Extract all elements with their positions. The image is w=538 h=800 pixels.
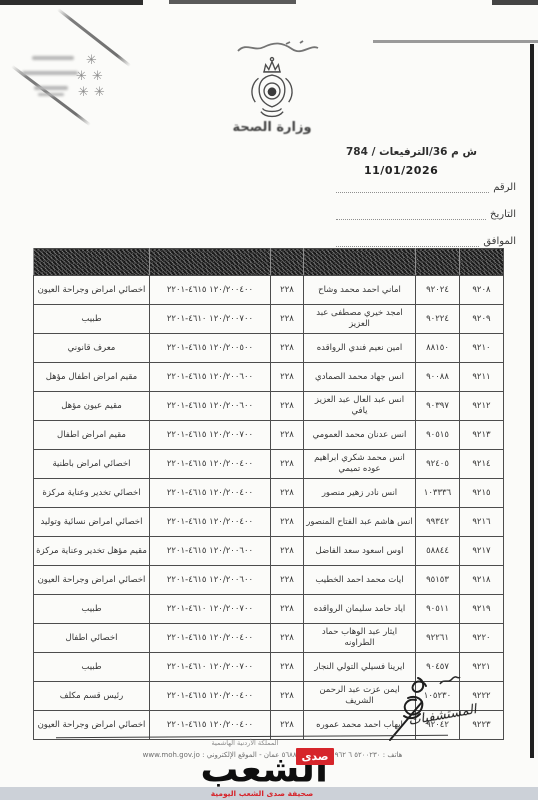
star-icon: ✳ xyxy=(92,70,103,83)
scan-artifact-top-left xyxy=(0,0,143,5)
header-allowance-illegible xyxy=(271,249,304,276)
table-row: ٩٢١٦٩٩٣٤٢انس هاشم عبد الفتاح المنصور٢٢٨١… xyxy=(34,508,504,537)
cell-title: اخصائي امراض وجراحة العيون xyxy=(34,276,150,305)
cell-grade: ١٢٠/٢٠٠٤٠٠ ٤٦١٥-٢٢٠١ xyxy=(150,479,271,508)
field-date-label: التاريخ xyxy=(490,209,516,220)
cell-allowance: ٢٢٨ xyxy=(271,537,304,566)
table-row: ٩٢٠٨٩٢٠٢٤اماني احمد محمد وشاح٢٢٨١٢٠/٢٠٠٤… xyxy=(34,276,504,305)
cell-allowance: ٢٢٨ xyxy=(271,305,304,334)
cell-allowance: ٢٢٨ xyxy=(271,595,304,624)
cell-grade: ١٢٠/٢٠٠٧٠٠ ٤٦١٠-٢٢٠١ xyxy=(150,305,271,334)
cell-grade: ١٢٠/٢٠٠٤٠٠ ٤٦١٥-٢٢٠١ xyxy=(150,450,271,479)
illegible-stamp-text xyxy=(34,86,68,90)
table-row: ٩٢٢٠٩٢٢٦١ايثار عبد الوهاب حماد الطراونه٢… xyxy=(34,624,504,653)
cell-grade: ١٢٠/٢٠٠٧٠٠ ٤٦١٠-٢٢٠١ xyxy=(150,595,271,624)
cell-grade: ١٢٠/٢٠٠٤٠٠ ٤٦١٥-٢٢٠١ xyxy=(150,508,271,537)
table-header-row xyxy=(34,249,504,276)
header-grade-illegible xyxy=(150,249,271,276)
cell-allowance: ٢٢٨ xyxy=(271,508,304,537)
cell-allowance: ٢٢٨ xyxy=(271,450,304,479)
cell-serial: ٩٢٢٠ xyxy=(460,624,504,653)
cell-allowance: ٢٢٨ xyxy=(271,334,304,363)
cell-name: انس نادر زهير منصور xyxy=(304,479,416,508)
illegible-stamp-text xyxy=(38,93,64,96)
table-row: ٩٢١١٩٠٠٨٨انس جهاد محمد الصمادي٢٢٨١٢٠/٢٠٠… xyxy=(34,363,504,392)
cell-grade: ١٢٠/٢٠٠٦٠٠ ٤٦١٥-٢٢٠١ xyxy=(150,537,271,566)
field-number-label: الرقم xyxy=(493,182,516,193)
cell-grade: ١٢٠/٢٠٠٤٠٠ ٤٦١٥-٢٢٠١ xyxy=(150,276,271,305)
cell-emp-no: ٨٨١٥٠ xyxy=(416,334,460,363)
table-row: ٩٢١٨٩٥١٥٣ايات محمد احمد الخطيب٢٢٨١٢٠/٢٠٠… xyxy=(34,566,504,595)
cell-emp-no: ٩٢٤٠٥ xyxy=(416,450,460,479)
cell-title: اخصائي امراض باطنية xyxy=(34,450,150,479)
table-row: ٩٢١٢٩٠٣٩٧انس عبد العال عبد العزيز يافي٢٢… xyxy=(34,392,504,421)
cell-serial: ٩٢١٧ xyxy=(460,537,504,566)
cell-name: ايثار عبد الوهاب حماد الطراونه xyxy=(304,624,416,653)
cell-allowance: ٢٢٨ xyxy=(271,566,304,595)
cell-title: مقيم امراض اطفال مؤهل xyxy=(34,363,150,392)
cell-title: اخصائي امراض وجراحة العيون xyxy=(34,711,150,740)
cell-grade: ١٢٠/٢٠٠٤٠٠ ٤٦١٥-٢٢٠١ xyxy=(150,682,271,711)
cell-allowance: ٢٢٨ xyxy=(271,276,304,305)
cell-title: طبيب xyxy=(34,653,150,682)
cell-title: رئيس قسم مكلف xyxy=(34,682,150,711)
scanned-document-page: ✳ ✳ ✳ ✳ ✳ وزارة الصحة ش م 36/الترفيعات /… xyxy=(0,0,538,800)
cell-serial: ٩٢١٢ xyxy=(460,392,504,421)
cell-title: اخصائي امراض نسائية وتوليد xyxy=(34,508,150,537)
cell-name: ايات محمد احمد الخطيب xyxy=(304,566,416,595)
cell-name: انس عبد العال عبد العزيز يافي xyxy=(304,392,416,421)
cell-name: امين نعيم فندي الرواقده xyxy=(304,334,416,363)
cell-serial: ٩٢١٥ xyxy=(460,479,504,508)
field-number: الرقم xyxy=(336,180,516,193)
star-icon: ✳ xyxy=(86,54,97,67)
cell-serial: ٩٢٠٩ xyxy=(460,305,504,334)
cell-allowance: ٢٢٨ xyxy=(271,479,304,508)
cell-serial: ٩٢١٩ xyxy=(460,595,504,624)
promotions-roster-table: ٩٢٠٨٩٢٠٢٤اماني احمد محمد وشاح٢٢٨١٢٠/٢٠٠٤… xyxy=(33,248,504,740)
table-row: ٩٢١٠٨٨١٥٠امين نعيم فندي الرواقده٢٢٨١٢٠/٢… xyxy=(34,334,504,363)
scan-artifact-top-mid xyxy=(169,0,296,4)
cell-allowance: ٢٢٨ xyxy=(271,363,304,392)
cell-title: طبيب xyxy=(34,305,150,334)
field-date: التاريخ xyxy=(336,207,516,220)
cell-allowance: ٢٢٨ xyxy=(271,421,304,450)
field-corresponding-label: الموافق xyxy=(483,236,516,247)
cell-name: اوس اسعود سعد الفاضل xyxy=(304,537,416,566)
table-row: ٩٢١٣٩٠٥١٥انس عدنان محمد العمومي٢٢٨١٢٠/٢٠… xyxy=(34,421,504,450)
cell-grade: ١٢٠/٢٠٠٤٠٠ ٤٦١٥-٢٢٠١ xyxy=(150,624,271,653)
cell-name: اماني احمد محمد وشاح xyxy=(304,276,416,305)
cell-emp-no: ٩٢٢٦١ xyxy=(416,624,460,653)
field-corresponding-line xyxy=(336,234,479,247)
jordan-coat-of-arms xyxy=(232,56,312,126)
cell-grade: ١٢٠/٢٠٠٧٠٠ ٤٦١٠-٢٢٠١ xyxy=(150,653,271,682)
field-date-line xyxy=(336,207,486,220)
header-emp-no-illegible xyxy=(416,249,460,276)
cell-serial: ٩٢١٦ xyxy=(460,508,504,537)
cell-emp-no: ٥٨٨٤٤ xyxy=(416,537,460,566)
cell-serial: ٩٢١٤ xyxy=(460,450,504,479)
ministry-name: وزارة الصحة xyxy=(212,120,332,135)
cell-allowance: ٢٢٨ xyxy=(271,682,304,711)
cell-title: اخصائي اطفال xyxy=(34,624,150,653)
scan-artifact-line xyxy=(373,40,538,43)
cell-title: مقيم مؤهل تخدير وعناية مركزة xyxy=(34,537,150,566)
cell-emp-no: ١٠٣٣٣٦ xyxy=(416,479,460,508)
cell-allowance: ٢٢٨ xyxy=(271,392,304,421)
table-row: ٩٢٠٩٩٠٢٢٤امجد خيري مصطفى عبد العزيز٢٢٨١٢… xyxy=(34,305,504,334)
cell-serial: ٩٢٢١ xyxy=(460,653,504,682)
cell-emp-no: ٩٠٥١١ xyxy=(416,595,460,624)
cell-serial: ٩٢١٠ xyxy=(460,334,504,363)
cell-emp-no: ٩٩٣٤٢ xyxy=(416,508,460,537)
cell-title: معرف قانوني xyxy=(34,334,150,363)
star-icon: ✳ xyxy=(76,70,87,83)
cell-grade: ١٢٠/٢٠٠٦٠٠ ٤٦١٥-٢٢٠١ xyxy=(150,392,271,421)
calligraphy-flourish xyxy=(236,40,320,56)
cell-name: انس محمد شكري ابراهيم عوده تميمي xyxy=(304,450,416,479)
cell-grade: ١٢٠/٢٠٠٦٠٠ ٤٦١٥-٢٢٠١ xyxy=(150,363,271,392)
newspaper-badge: صدى xyxy=(296,748,334,765)
field-number-line xyxy=(336,180,489,193)
cell-name: انس جهاد محمد الصمادي xyxy=(304,363,416,392)
roster-body: ٩٢٠٨٩٢٠٢٤اماني احمد محمد وشاح٢٢٨١٢٠/٢٠٠٤… xyxy=(34,276,504,740)
cell-serial: ٩٢١٨ xyxy=(460,566,504,595)
received-stamp: ✳ ✳ ✳ ✳ ✳ xyxy=(8,26,138,136)
table-row: ٩٢١٩٩٠٥١١اياد حامد سليمان الرواقده٢٢٨١٢٠… xyxy=(34,595,504,624)
cell-grade: ١٢٠/٢٠٠٧٠٠ ٤٦١٥-٢٢٠١ xyxy=(150,421,271,450)
cell-name: انس عدنان محمد العمومي xyxy=(304,421,416,450)
cell-serial: ٩٢١٣ xyxy=(460,421,504,450)
newspaper-watermark: الشعب صدى صحيفة صدى الشعب اليومية xyxy=(186,746,336,800)
cell-emp-no: ٩٠٢٢٤ xyxy=(416,305,460,334)
table-row: ٩٢١٧٥٨٨٤٤اوس اسعود سعد الفاضل٢٢٨١٢٠/٢٠٠٦… xyxy=(34,537,504,566)
scan-artifact-top-right xyxy=(492,0,538,5)
illegible-stamp-text xyxy=(22,71,78,75)
cell-emp-no: ٩٥١٥٣ xyxy=(416,566,460,595)
cell-emp-no: ٩٠٣٩٧ xyxy=(416,392,460,421)
field-corresponding: الموافق xyxy=(336,234,516,247)
cell-allowance: ٢٢٨ xyxy=(271,624,304,653)
star-icon: ✳ xyxy=(94,86,105,99)
table-row: ٩٢١٤٩٢٤٠٥انس محمد شكري ابراهيم عوده تميم… xyxy=(34,450,504,479)
cell-name: اياد حامد سليمان الرواقده xyxy=(304,595,416,624)
reference-number-line: ش م 36/الترفيعات / 784 xyxy=(336,146,516,158)
newspaper-tagline: صحيفة صدى الشعب اليومية xyxy=(188,789,336,798)
cell-title: مقيم عيون مؤهل xyxy=(34,392,150,421)
cell-title: مقيم امراض اطفال xyxy=(34,421,150,450)
cell-grade: ١٢٠/٢٠٠٥٠٠ ٤٦١٥-٢٢٠١ xyxy=(150,334,271,363)
cell-emp-no: ٩٠٥١٥ xyxy=(416,421,460,450)
cell-title: طبيب xyxy=(34,595,150,624)
reference-date: 11/01/2026 xyxy=(364,164,438,177)
cell-emp-no: ٩٢٠٢٤ xyxy=(416,276,460,305)
cell-title: اخصائي تخدير وعناية مركزة xyxy=(34,479,150,508)
cell-allowance: ٢٢٨ xyxy=(271,653,304,682)
cell-grade: ١٢٠/٢٠٠٦٠٠ ٤٦١٥-٢٢٠١ xyxy=(150,566,271,595)
table-row: ٩٢١٥١٠٣٣٣٦انس نادر زهير منصور٢٢٨١٢٠/٢٠٠٤… xyxy=(34,479,504,508)
reference-block: ش م 36/الترفيعات / 784 11/01/2026 الرقم … xyxy=(336,146,516,247)
cell-name: امجد خيري مصطفى عبد العزيز xyxy=(304,305,416,334)
scan-artifact-right-edge xyxy=(530,44,534,758)
header-title-illegible xyxy=(34,249,150,276)
cell-emp-no: ٩٠٠٨٨ xyxy=(416,363,460,392)
cell-title: اخصائي امراض وجراحة العيون xyxy=(34,566,150,595)
illegible-stamp-text xyxy=(32,56,74,60)
header-name-illegible xyxy=(304,249,416,276)
cell-name: انس هاشم عبد الفتاح المنصور xyxy=(304,508,416,537)
header-serial-illegible xyxy=(460,249,504,276)
star-icon: ✳ xyxy=(78,86,89,99)
cell-serial: ٩٢٠٨ xyxy=(460,276,504,305)
cell-serial: ٩٢١١ xyxy=(460,363,504,392)
